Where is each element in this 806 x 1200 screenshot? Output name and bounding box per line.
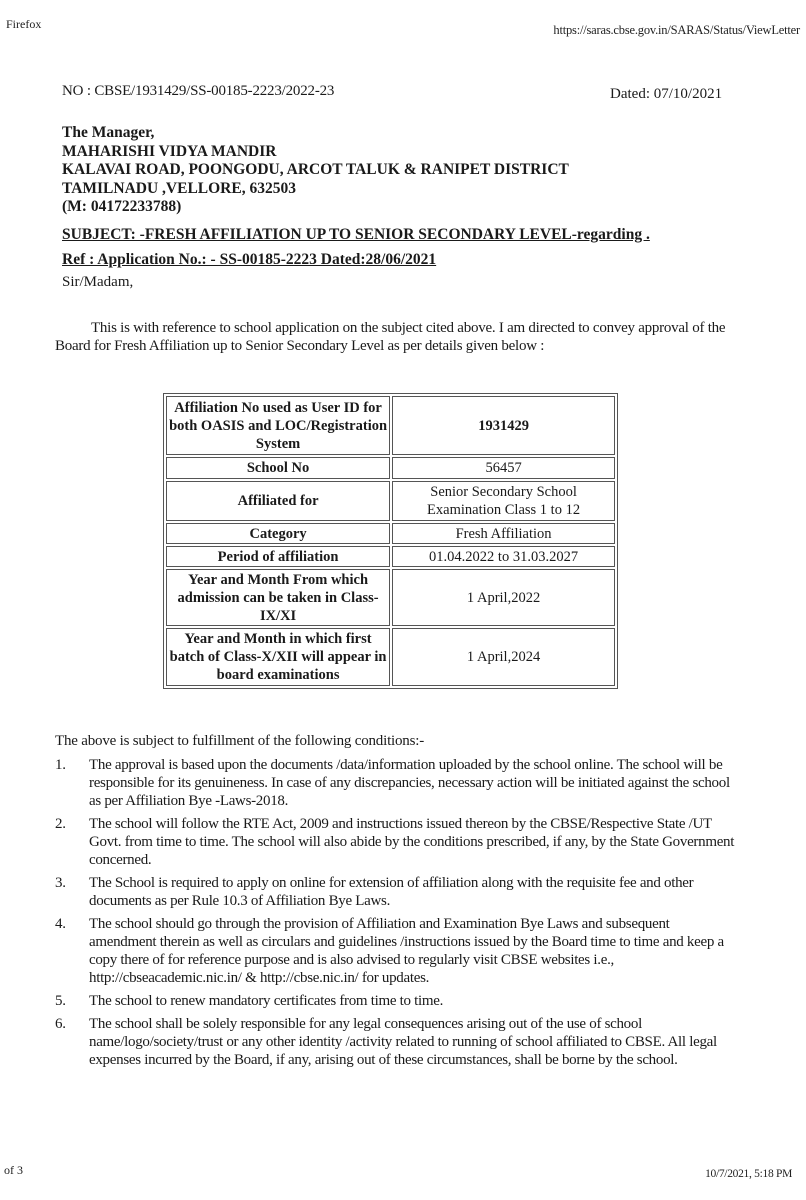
- recipient-address: The Manager, MAHARISHI VIDYA MANDIR KALA…: [62, 124, 569, 217]
- application-reference: Ref : Application No.: - SS-00185-2223 D…: [62, 251, 436, 269]
- table-row: School No 56457: [166, 457, 615, 479]
- condition-item: 5. The school to renew mandatory certifi…: [55, 992, 735, 1010]
- row-label: Category: [166, 523, 390, 544]
- condition-number: 3.: [55, 874, 89, 910]
- condition-item: 2. The school will follow the RTE Act, 2…: [55, 815, 735, 869]
- condition-number: 4.: [55, 915, 89, 987]
- table-row: Category Fresh Affiliation: [166, 523, 615, 544]
- condition-item: 6. The school shall be solely responsibl…: [55, 1015, 735, 1069]
- condition-number: 5.: [55, 992, 89, 1010]
- condition-text: The school will follow the RTE Act, 2009…: [89, 815, 735, 869]
- affiliation-number: 1931429: [392, 396, 615, 455]
- category: Fresh Affiliation: [392, 523, 615, 544]
- affiliation-details-table: Affiliation No used as User ID for both …: [163, 393, 618, 689]
- salutation: Sir/Madam,: [62, 274, 133, 291]
- school-number: 56457: [392, 457, 615, 479]
- condition-text: The school should go through the provisi…: [89, 915, 735, 987]
- print-header-url: https://saras.cbse.gov.in/SARAS/Status/V…: [553, 23, 800, 38]
- print-footer-timestamp: 10/7/2021, 5:18 PM: [705, 1168, 792, 1180]
- period-of-affiliation: 01.04.2022 to 31.03.2027: [392, 546, 615, 567]
- row-label: School No: [166, 457, 390, 479]
- affiliated-for: Senior Secondary School Examination Clas…: [392, 481, 615, 521]
- address-line: TAMILNADU ,VELLORE, 632503: [62, 180, 569, 199]
- conditions-list: 1. The approval is based upon the docume…: [55, 756, 735, 1074]
- row-label: Year and Month in which first batch of C…: [166, 628, 390, 686]
- condition-text: The approval is based upon the documents…: [89, 756, 735, 810]
- condition-number: 2.: [55, 815, 89, 869]
- address-line: (M: 04172233788): [62, 198, 569, 217]
- address-line: KALAVAI ROAD, POONGODU, ARCOT TALUK & RA…: [62, 161, 569, 180]
- condition-item: 1. The approval is based upon the docume…: [55, 756, 735, 810]
- row-label: Year and Month From which admission can …: [166, 569, 390, 626]
- table-row: Affiliation No used as User ID for both …: [166, 396, 615, 455]
- table-row: Period of affiliation 01.04.2022 to 31.0…: [166, 546, 615, 567]
- address-line: The Manager,: [62, 124, 569, 143]
- table-row: Year and Month in which first batch of C…: [166, 628, 615, 686]
- condition-number: 1.: [55, 756, 89, 810]
- letter-subject: SUBJECT: -FRESH AFFILIATION UP TO SENIOR…: [62, 226, 650, 244]
- condition-item: 3. The School is required to apply on on…: [55, 874, 735, 910]
- print-header-browser: Firefox: [6, 17, 41, 32]
- intro-paragraph: This is with reference to school applica…: [55, 319, 735, 355]
- table-row: Affiliated for Senior Secondary School E…: [166, 481, 615, 521]
- print-footer-page: of 3: [4, 1163, 23, 1178]
- condition-text: The school shall be solely responsible f…: [89, 1015, 735, 1069]
- condition-text: The school to renew mandatory certificat…: [89, 992, 735, 1010]
- condition-number: 6.: [55, 1015, 89, 1069]
- condition-text: The School is required to apply on onlin…: [89, 874, 735, 910]
- condition-item: 4. The school should go through the prov…: [55, 915, 735, 987]
- table-row: Year and Month From which admission can …: [166, 569, 615, 626]
- conditions-intro: The above is subject to fulfillment of t…: [55, 733, 424, 750]
- first-board-exam: 1 April,2024: [392, 628, 615, 686]
- row-label: Affiliation No used as User ID for both …: [166, 396, 390, 455]
- address-line: MAHARISHI VIDYA MANDIR: [62, 143, 569, 162]
- row-label: Affiliated for: [166, 481, 390, 521]
- admission-start: 1 April,2022: [392, 569, 615, 626]
- letter-reference-number: NO : CBSE/1931429/SS-00185-2223/2022-23: [62, 83, 334, 100]
- letter-date: Dated: 07/10/2021: [610, 86, 722, 103]
- row-label: Period of affiliation: [166, 546, 390, 567]
